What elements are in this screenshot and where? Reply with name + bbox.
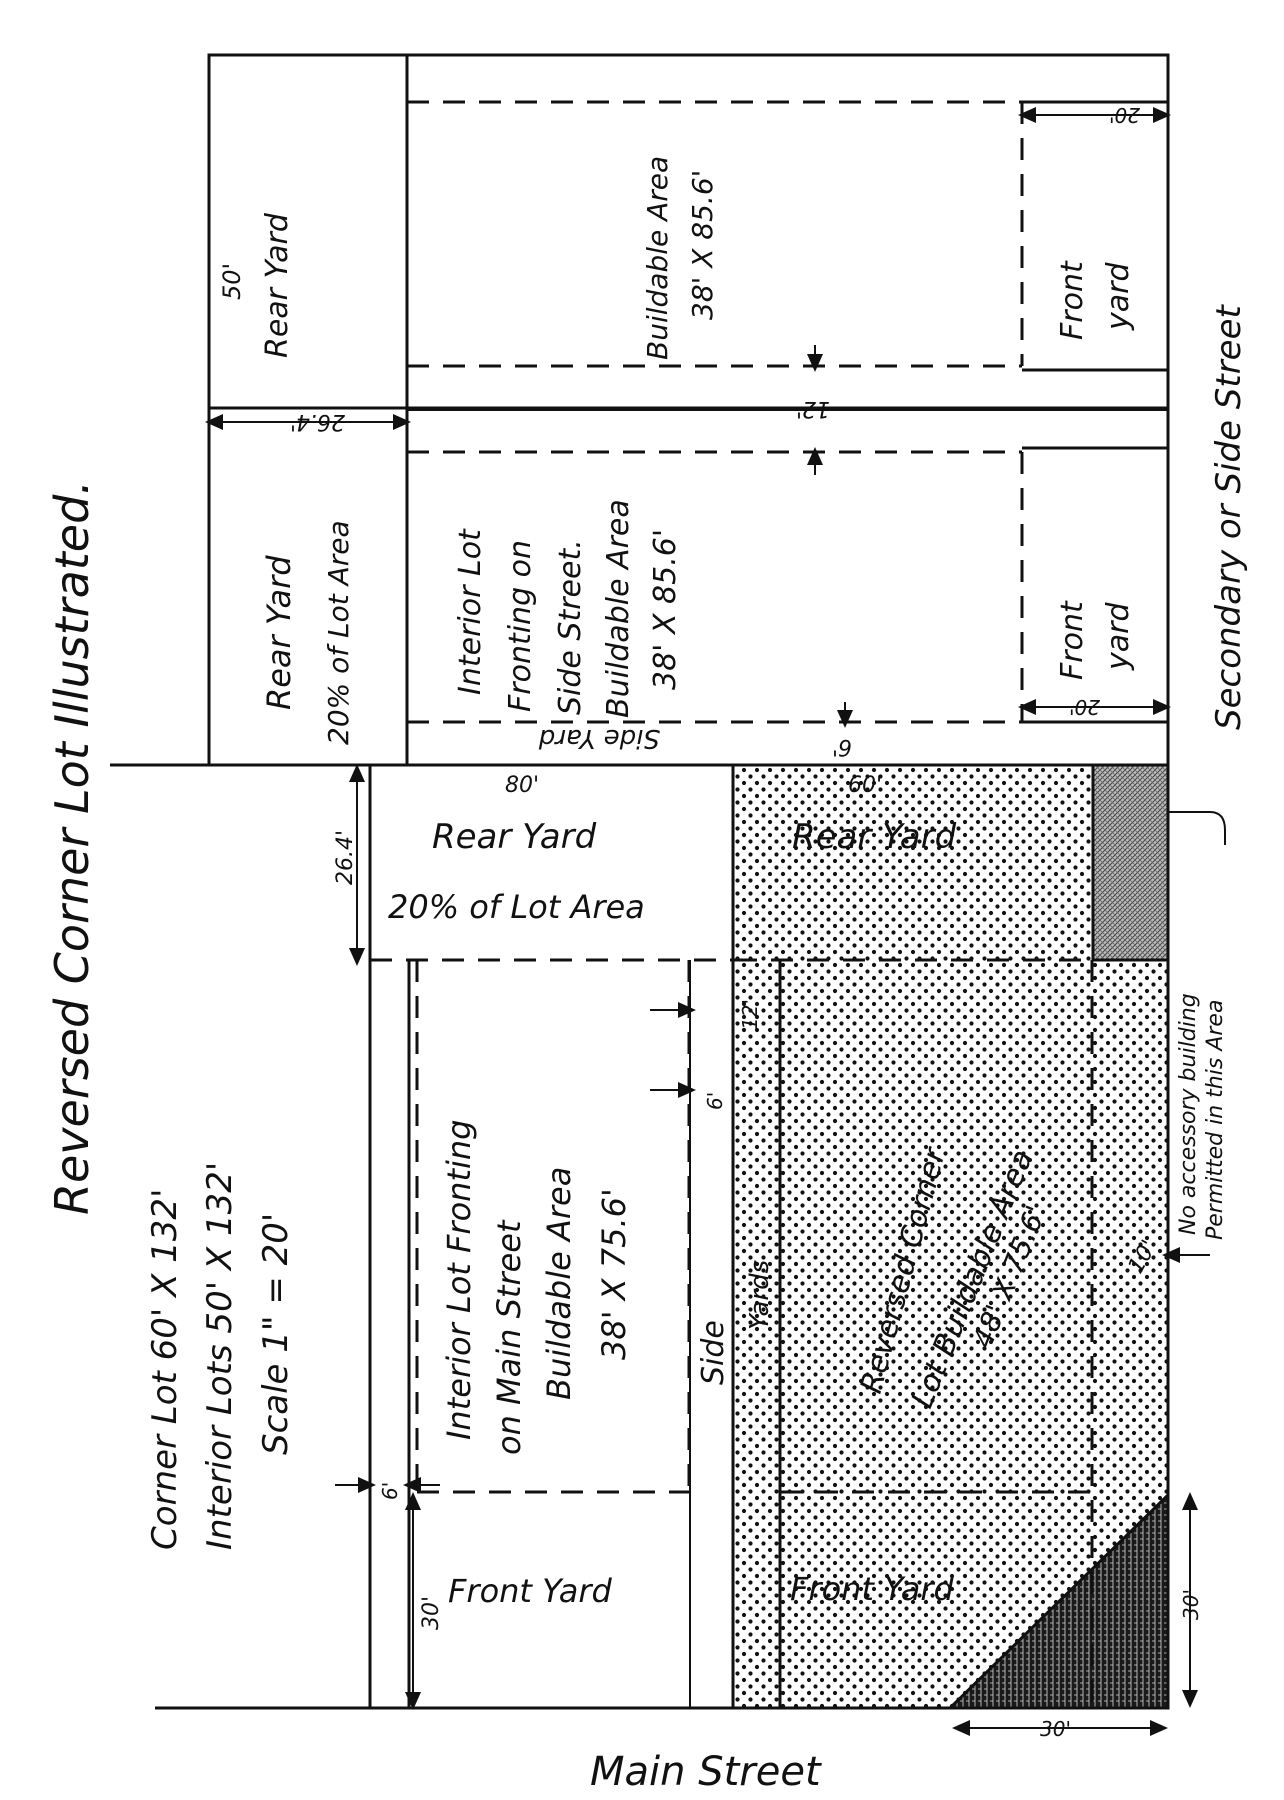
gap-dim: 12' bbox=[796, 396, 830, 421]
second-lot-front-dim: 20' bbox=[1069, 695, 1100, 719]
second-lot-front-label: Front bbox=[1055, 600, 1090, 680]
interior-line-1: Interior Lot Fronting bbox=[440, 1120, 478, 1440]
second-lot-side-yard: Side Yard bbox=[538, 723, 660, 753]
second-lot-line-3: Side Street. bbox=[553, 539, 588, 715]
top-lot-front-label-2: yard bbox=[1101, 262, 1136, 331]
legend-interior-lots: Interior Lots 50' X 132' bbox=[200, 1162, 240, 1550]
corner-side-yards: Yards bbox=[745, 1260, 775, 1330]
interior-front-label: Front Yard bbox=[448, 1572, 613, 1610]
second-lot-rear-label: Rear Yard bbox=[260, 555, 298, 710]
second-lot-line-1: Interior Lot bbox=[453, 528, 488, 695]
interior-side-dim: 6' bbox=[378, 1482, 402, 1500]
corner-rear-dim: 60' bbox=[848, 773, 882, 798]
interior-rear-pct: 20% of Lot Area bbox=[388, 888, 645, 926]
diagram-title: Reversed Corner Lot Illustrated. bbox=[45, 480, 99, 1215]
second-lot-line-5: 38' X 85.6' bbox=[648, 529, 683, 690]
legend-scale: Scale 1" = 20' bbox=[256, 1213, 296, 1455]
second-lot-side-dim: 6' bbox=[832, 734, 852, 759]
second-lot-line-2: Fronting on bbox=[503, 540, 538, 712]
interior-line-2: on Main Street bbox=[490, 1219, 528, 1455]
corner-rear-label: Rear Yard bbox=[792, 817, 957, 857]
accessory-note-2: Permitted in this Area bbox=[1203, 1000, 1228, 1240]
triangle-dim-horizontal: 30' bbox=[1040, 1717, 1071, 1741]
interior-side-label: Side bbox=[696, 1320, 731, 1385]
triangle-dim-vertical: 30' bbox=[1179, 1589, 1203, 1620]
top-lot-buildable-label: Buildable Area bbox=[641, 156, 674, 360]
interior-rear-dim-top: 80' bbox=[505, 773, 539, 798]
upper-lots: 50' Rear Yard Buildable Area 38' X 85.6'… bbox=[209, 55, 1168, 765]
side-street-label: Secondary or Side Street bbox=[1209, 303, 1249, 730]
interior-rear-label: Rear Yard bbox=[432, 817, 597, 857]
second-lot-rear-pct: 20% of Lot Area bbox=[322, 520, 355, 745]
second-lot-front-label-2: yard bbox=[1101, 602, 1136, 671]
interior-front-dim: 30' bbox=[419, 1596, 444, 1630]
interior-rear-dim-side: 26.4' bbox=[333, 830, 358, 885]
legend-corner-lot: Corner Lot 60' X 132' bbox=[145, 1189, 185, 1550]
interior-line-3: Buildable Area bbox=[540, 1167, 578, 1400]
top-lot-buildable-dims: 38' X 85.6' bbox=[686, 170, 719, 320]
corner-dim-6: 6' bbox=[703, 1092, 727, 1110]
top-lot-front-dim: 20' bbox=[1109, 103, 1140, 127]
corner-dim-12: 12' bbox=[738, 999, 762, 1030]
corner-front-label: Front Yard bbox=[790, 1570, 955, 1608]
lot-diagram: Reversed Corner Lot Illustrated. Corner … bbox=[0, 0, 1284, 1800]
top-lot-rear-label: Rear Yard bbox=[260, 212, 295, 358]
top-lot-front-label: Front bbox=[1055, 260, 1090, 340]
interior-line-4: 38' X 75.6' bbox=[595, 1188, 633, 1360]
second-lot-rear-dim: 26.4' bbox=[290, 409, 345, 434]
main-street-label: Main Street bbox=[590, 1749, 822, 1795]
second-lot-line-4: Buildable Area bbox=[601, 499, 636, 718]
top-lot-rear-dim: 50' bbox=[218, 263, 246, 300]
accessory-note-1: No accessory building bbox=[1176, 993, 1201, 1235]
